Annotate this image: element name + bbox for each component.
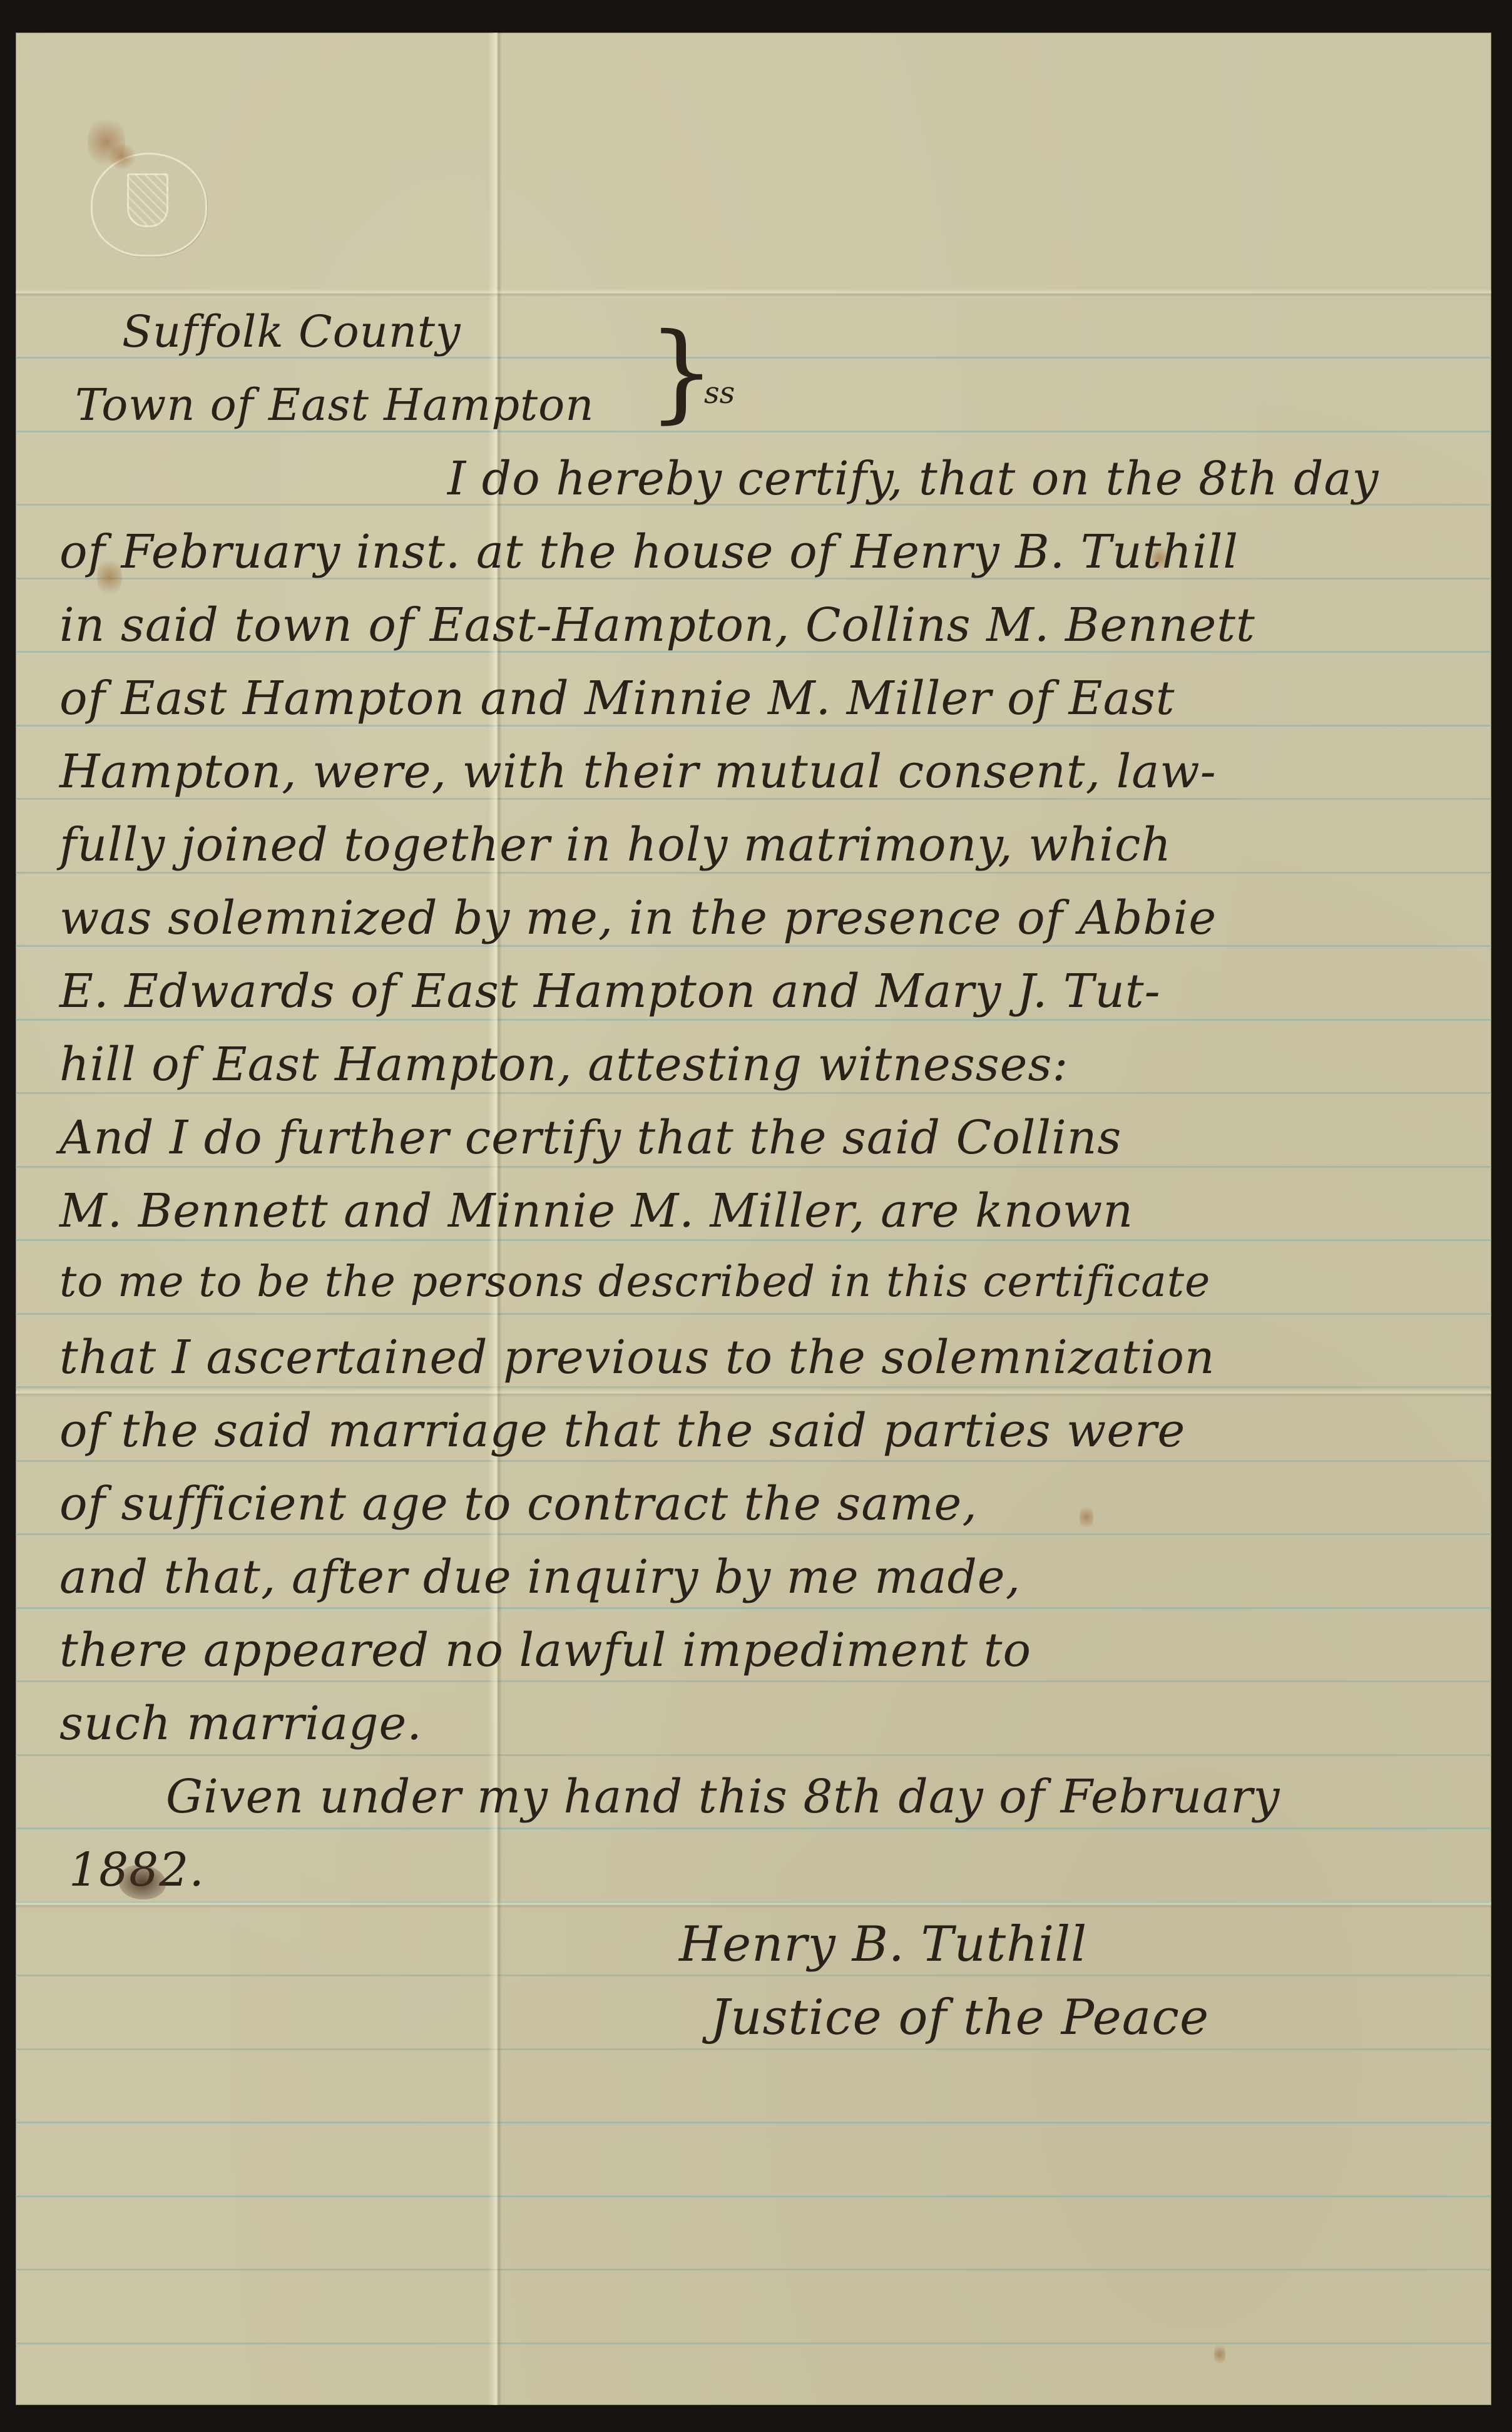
heading-town: Town of East Hampton [75, 383, 594, 427]
ruled-line [16, 1827, 1491, 1829]
body-line: of February inst. at the house of Henry … [59, 529, 1239, 575]
body-line: such marriage. [59, 1700, 422, 1747]
body-line: that I ascertained previous to the solem… [59, 1334, 1215, 1381]
body-line: to me to be the persons described in thi… [59, 1261, 1210, 1304]
body-line: of East Hampton and Minnie M. Miller of … [59, 675, 1175, 722]
body-line: fully joined together in holy matrimony,… [59, 822, 1172, 868]
ruled-line [16, 2269, 1491, 2271]
body-line: hill of East Hampton, attesting witnesse… [59, 1041, 1068, 1088]
seal-shield-icon [127, 173, 168, 227]
ruled-line [16, 2122, 1491, 2123]
heading-ss: ss [704, 376, 735, 411]
stain [1214, 2342, 1225, 2367]
body-line: Hampton, were, with their mutual consent… [59, 749, 1217, 795]
ruled-line [16, 1019, 1491, 1021]
ruled-line [16, 1754, 1491, 1756]
horizontal-fold [16, 289, 1491, 297]
ruled-line [16, 872, 1491, 874]
ruled-line [16, 1386, 1491, 1388]
signature-title: Justice of the Peace [710, 1993, 1209, 2042]
ruled-line [16, 2048, 1491, 2050]
body-line: of the said marriage that the said parti… [59, 1408, 1185, 1454]
body-line: E. Edwards of East Hampton and Mary J. T… [59, 968, 1161, 1014]
ruled-line [16, 1092, 1491, 1094]
body-line: was solemnized by me, in the presence of… [59, 895, 1217, 941]
ruled-line [16, 1313, 1491, 1315]
body-line: of sufficient age to contract the same, [59, 1481, 978, 1527]
ruled-line [16, 1975, 1491, 1976]
ruled-line [16, 1239, 1491, 1241]
heading-county: Suffolk County [122, 310, 461, 354]
stain [106, 144, 138, 169]
body-line: And I do further certify that the said C… [59, 1115, 1121, 1161]
body-line: there appeared no lawful impediment to [59, 1627, 1031, 1673]
horizontal-fold [16, 1901, 1491, 1908]
ruled-line [16, 431, 1491, 432]
ruled-line [16, 2195, 1491, 2197]
ruled-line [16, 1533, 1491, 1535]
signature-name: Henry B. Tuthill [679, 1920, 1087, 1969]
stain [1080, 1503, 1093, 1531]
body-line: in said town of East-Hampton, Collins M.… [59, 602, 1255, 648]
horizontal-fold [16, 1389, 1491, 1397]
body-line: M. Bennett and Minnie M. Miller, are kno… [59, 1188, 1133, 1234]
ruled-line [16, 945, 1491, 947]
ruled-line [16, 1166, 1491, 1168]
ruled-line [16, 1460, 1491, 1462]
ruled-line [16, 1607, 1491, 1609]
ruled-line [16, 2343, 1491, 2344]
body-line: I do hereby certify, that on the 8th day [447, 456, 1379, 502]
body-line: and that, after due inquiry by me made, [59, 1554, 1021, 1600]
ruled-line [16, 1680, 1491, 1682]
body-line: Given under my hand this 8th day of Febr… [166, 1774, 1280, 1820]
